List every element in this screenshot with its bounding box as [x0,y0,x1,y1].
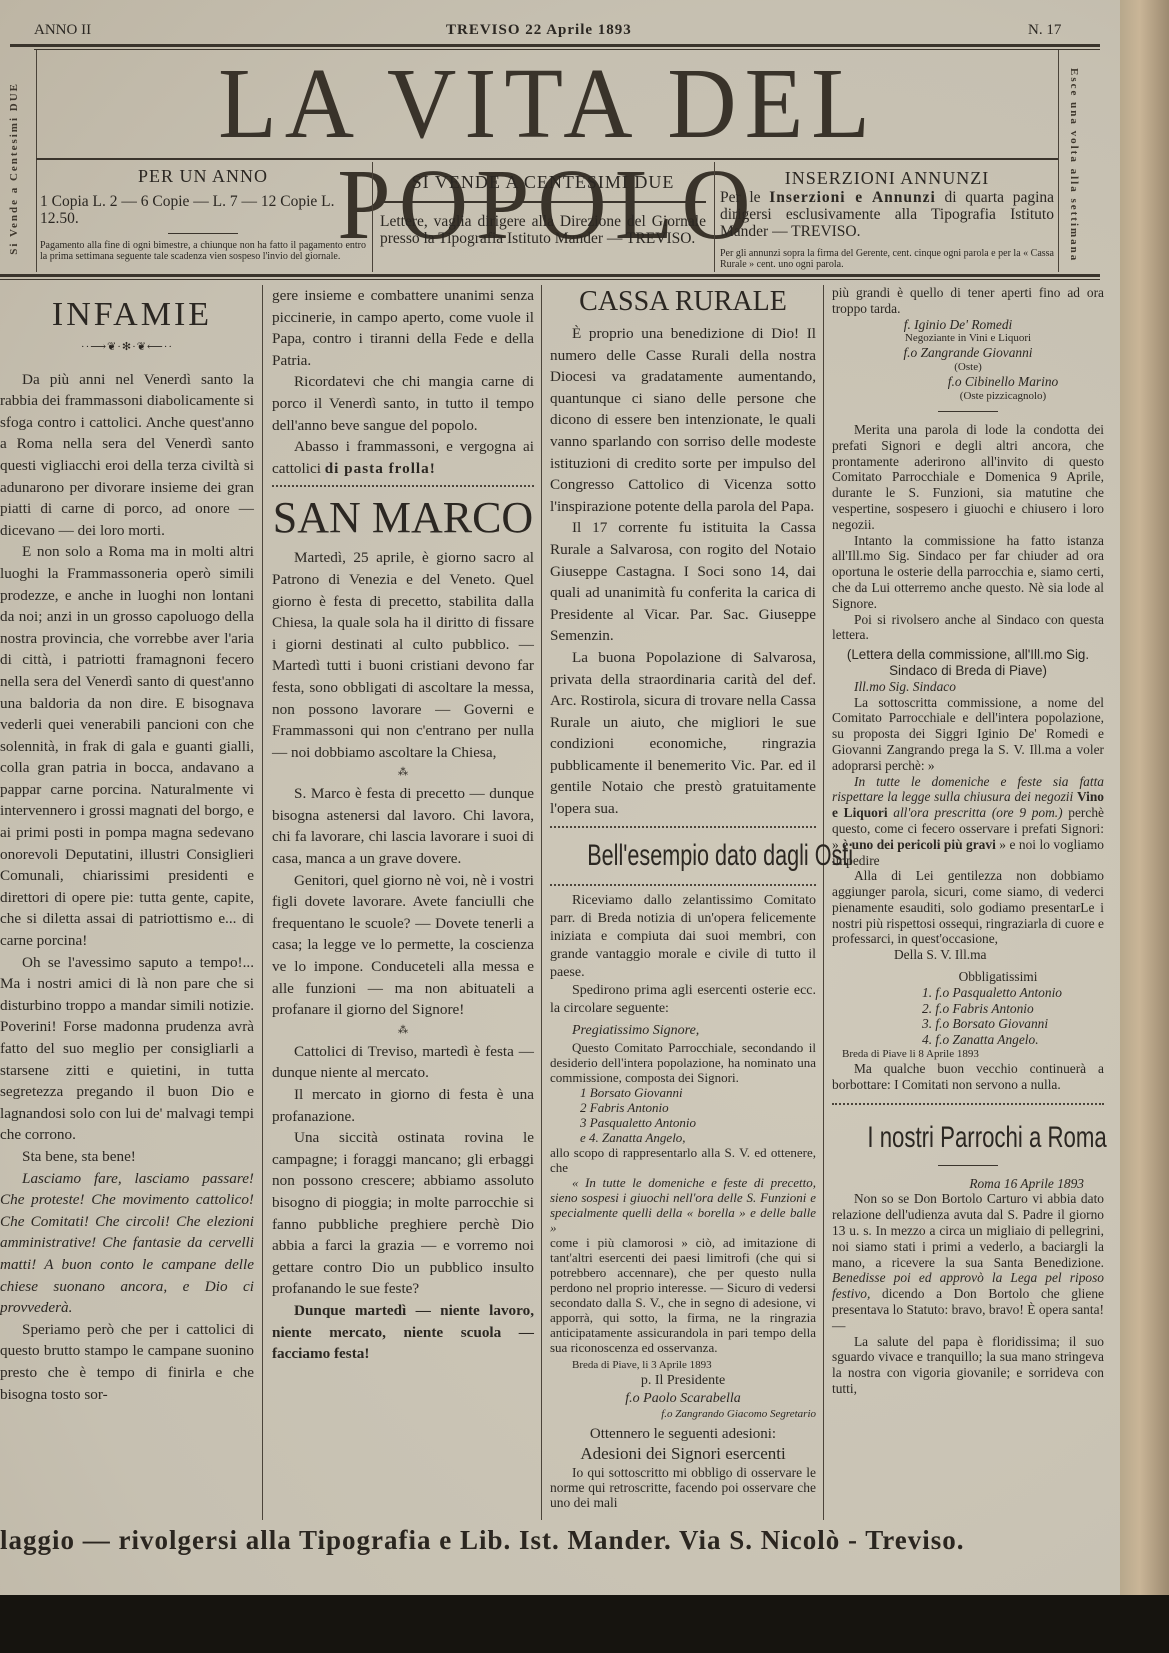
sale-heading: SI VENDE A CENTESIMI DUE [380,172,706,193]
paragraph: La sottoscritta commissione, a nome del … [832,695,1104,774]
paragraph: Merita una parola di lode la condotta de… [832,422,1104,533]
section-divider [272,485,534,487]
place-date: Breda di Piave li 8 Aprile 1893 [832,1048,1104,1061]
ads-text-pre: Per le [720,189,761,206]
paragraph: La salute del papa è floridissima; il su… [832,1334,1104,1397]
masthead-left-border [36,50,37,272]
paragraph: La buona Popolazione di Salvarosa, priva… [550,647,816,820]
signature-line: f.o Zangrando Giacomo Segretario [550,1408,816,1421]
paragraph: Speriamo però che per i cattolici di que… [0,1319,254,1405]
signatory: 4. f.o Zanatta Angelo. [922,1032,1104,1048]
signer-name: f.o Zangrande Giovanni [832,345,1104,361]
signer-role: Negoziante in Vini e Liquori [832,332,1104,345]
article-heading: Bell'esempio dato dagli Osti [587,834,779,878]
paragraph: S. Marco è festa di precetto — dunque bi… [272,783,534,869]
obbligatissimi-list: 1. f.o Pasqualetto Antonio 2. f.o Fabris… [832,985,1104,1048]
footer-advert: laggio — rivolgersi alla Tipografia e Li… [0,1525,1110,1556]
article-heading: SAN MARCO [272,493,534,543]
paragraph: Genitori, quel giorno nè voi, nè i vostr… [272,870,534,1021]
member-item: e 4. Zanatta Angelo, [580,1130,816,1145]
paragraph: più grandi è quello di tener aperti fino… [832,285,1104,317]
closing: Della S. V. Ill.ma [832,947,1104,963]
article-san-marco: gere insieme e combattere unanimi senza … [272,285,534,1365]
side-label-left: Si Vende a Centesimi DUE [8,82,20,255]
letter-salutation: Ill.mo Sig. Sindaco [832,679,1104,695]
paragraph: Una siccità ostinata rovina le campagne;… [272,1127,534,1300]
paragraph: Il 17 corrente fu istituita la Cassa Rur… [550,517,816,647]
quoted-request: « In tutte le domeniche e feste di prece… [550,1175,816,1235]
issue-number: N. 17 [1028,22,1061,39]
paragraph: Alla di Lei gentilezza non dobbiamo aggi… [832,868,1104,947]
article-parrochi: più grandi è quello di tener aperti fino… [832,285,1104,1397]
side-label-right: Esce una volta alla settimana [1068,68,1080,262]
member-item: 1 Borsato Giovanni [580,1085,816,1100]
paragraph: Oh se l'avessimo saputo a tempo!... Ma i… [0,952,254,1146]
ads-note: Per gli annunzi sopra la firma del Geren… [720,248,1054,270]
signer-name: f.o Cibinello Marino [832,374,1104,390]
paragraph: E non solo a Roma ma in molti altri luog… [0,541,254,951]
place-date: Breda di Piave, li 3 Aprile 1893 [550,1359,816,1372]
ads-box: INSERZIONI ANNUNZI Per le Inserzioni e A… [720,168,1054,270]
bold-phrase: di pasta frolla! [325,460,436,477]
member-item: 2 Fabris Antonio [580,1100,816,1115]
year-label: ANNO II [34,22,91,39]
italic-phrase: all'ora prescritta (ore 9 pom.) [893,805,1062,820]
section-divider [550,884,816,886]
sale-text: Lettere, vaglia dirigere alla Direzione … [380,213,706,247]
article-heading: INFAMIE [10,295,254,335]
column-divider-1 [262,285,263,1520]
masthead-bottom-rule-thin [0,279,1100,280]
subscription-heading: PER UN ANNO [40,166,366,187]
paragraph: Ma qualche buon vecchio continuerà a bor… [832,1061,1104,1093]
ads-text-bold: Inserzioni e Annunzi [769,189,936,206]
paragraph: Intanto la commissione ha fatto istanza … [832,533,1104,612]
paragraph: Riceviamo dallo zelantissimo Comitato pa… [550,892,816,982]
scan-background [0,1595,1169,1653]
section-stars: ⁂ [272,1025,534,1037]
paragraph: Questo Comitato Parrocchiale, secondando… [550,1040,816,1085]
newspaper-page: ANNO II TREVISO 22 Aprile 1893 N. 17 Si … [0,0,1148,1595]
signer-role: (Oste pizzicagnolo) [832,390,1104,403]
article-infamie: INFAMIE ··⟶❦·✻·❦⟵·· Da più anni nel Vene… [0,285,254,1405]
column-divider-2 [541,285,542,1520]
signatory: 1. f.o Pasqualetto Antonio [922,985,1104,1001]
paragraph: Martedì, 25 aprile, è giorno sacro al Pa… [272,547,534,763]
paragraph: Poi si rivolsero anche al Sindaco con qu… [832,612,1104,644]
commission-members: 1 Borsato Giovanni 2 Fabris Antonio 3 Pa… [550,1085,816,1145]
section-divider [550,826,816,828]
paragraph: Ottennero le seguenti adesioni: [550,1425,816,1443]
section-divider [832,1103,1104,1105]
paragraph: Da più anni nel Venerdì santo la rabbia … [0,369,254,542]
signatory: 2. f.o Fabris Antonio [922,1001,1104,1017]
salutation: Pregiatissimo Signore, [550,1022,816,1040]
article-heading: I nostri Parrochi a Roma [867,1115,1068,1161]
paragraph: Io qui sottoscritto mi obbligo di osserv… [550,1465,816,1510]
letter-heading: (Lettera della commissione, all'Ill.mo S… [832,647,1104,679]
subscription-box: PER UN ANNO 1 Copia L. 2 — 6 Copie — L. … [40,166,366,262]
signature-line: p. Il Presidente [550,1372,816,1390]
column-divider-3 [823,285,824,1520]
paragraph: allo scopo di rappresentarlo alla S. V. … [550,1145,816,1175]
member-item: 3 Pasqualetto Antonio [580,1115,816,1130]
ads-heading: INSERZIONI ANNUNZI [720,168,1054,189]
obbligatissimi: Obbligatissimi [832,969,1104,985]
signer-role: (Oste) [832,361,1104,374]
subscription-prices: 1 Copia L. 2 — 6 Copie — L. 7 — 12 Copie… [40,193,366,227]
ornament-divider: ··⟶❦·✻·❦⟵·· [0,337,254,359]
text: dicendo a Don Bortolo che gliene present… [832,1286,1104,1333]
paragraph: Ricordatevi che chi mangia carne di porc… [272,371,534,436]
subheading: Adesioni dei Signori esercenti [550,1445,816,1463]
section-stars: ⁂ [272,767,534,779]
bold-phrase: è uno dei pericoli più gravi [842,837,996,852]
paragraph: come i più clamorosi » ciò, ad imitazion… [550,1235,816,1355]
title-rule [36,158,1058,160]
italic-phrase: In tutte le domeniche e feste sia fatta … [832,774,1104,805]
paragraph: gere insieme e combattere unanimi senza … [272,285,534,371]
paragraph: È proprio una benedizione di Dio! Il num… [550,323,816,517]
sale-box: SI VENDE A CENTESIMI DUE Lettere, vaglia… [380,172,706,247]
paragraph: Spedirono prima agli esercenti osterie e… [550,982,816,1018]
paragraph: Dunque martedì — niente lavoro, niente m… [272,1300,534,1365]
article-dateline: Roma 16 Aprile 1893 [832,1176,1104,1192]
signature-line: f.o Paolo Scarabella [550,1390,816,1408]
page-edge [1120,0,1169,1595]
masthead-bottom-rule [0,274,1100,277]
paragraph: Lasciamo fare, lasciamo passare! Che pro… [0,1168,254,1319]
paragraph: Il mercato in giorno di festa è una prof… [272,1084,534,1127]
text: Non so se Don Bortolo Carturo vi abbia d… [832,1191,1104,1269]
masthead-right-border [1058,50,1059,272]
signer-name: f. Iginio De' Romedi [812,317,1104,333]
article-cassa-rurale: CASSA RURALE È proprio una benedizione d… [550,285,816,1510]
article-heading: CASSA RURALE [550,285,816,319]
dateline: TREVISO 22 Aprile 1893 [446,22,632,39]
subscription-note: Pagamento alla fine di ogni bimestre, a … [40,240,366,262]
signatory: 3. f.o Borsato Giovanni [922,1016,1104,1032]
paragraph: Sta bene, sta bene! [0,1146,254,1168]
masthead-divider-1 [372,162,373,272]
masthead-divider-2 [714,162,715,272]
paragraph: Cattolici di Treviso, martedì è festa — … [272,1041,534,1084]
